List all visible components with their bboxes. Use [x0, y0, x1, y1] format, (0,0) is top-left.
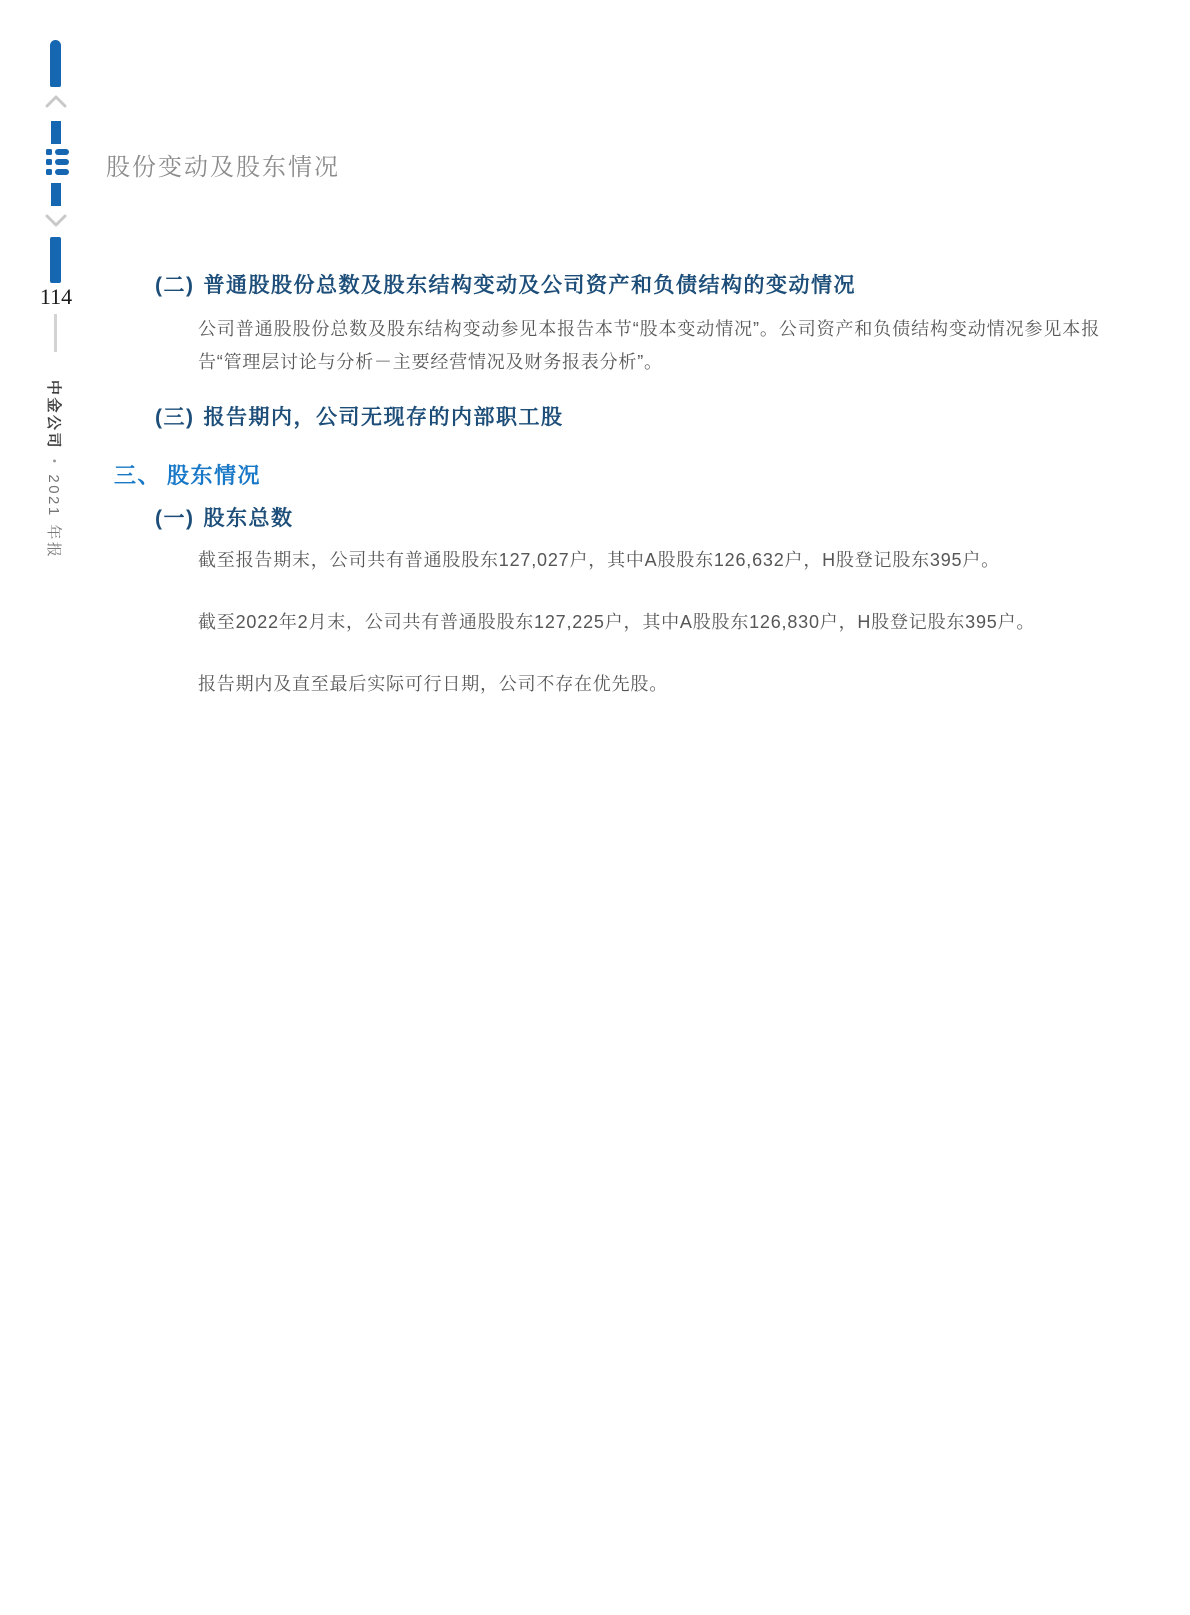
chapter-3-title: 股东情况	[167, 459, 261, 490]
paragraph-no-preferred-shares: 报告期内及直至最后实际可行日期，公司不存在优先股。	[198, 668, 1158, 701]
chapter-3-prefix: 三、	[114, 459, 161, 490]
menu-list-icon	[46, 149, 69, 175]
section-2-prefix: (二)	[155, 269, 195, 299]
chapter-header-title: 股份变动及股东情况	[106, 147, 340, 182]
section-2-title: 普通股股份总数及股东结构变动及公司资产和负债结构的变动情况	[204, 269, 857, 299]
nav-block-icon	[51, 121, 61, 144]
spine-edition: 2021 年报	[44, 474, 65, 559]
subsection-1-prefix: (一)	[155, 502, 195, 532]
section-2-heading: (二) 普通股股份总数及股东结构变动及公司资产和负债结构的变动情况	[155, 269, 856, 299]
annual-report-page: 114 中金公司 • 2021 年报 股份变动及股东情况 (二) 普通股股份总数…	[0, 0, 1190, 1615]
paragraph-shareholders-feb-2022: 截至2022年2月末，公司共有普通股股东127,225户，其中A股股东126,8…	[198, 606, 1158, 639]
spine-company: 中金公司	[44, 380, 65, 450]
page-number: 114	[32, 284, 80, 310]
spine-bullet-icon: •	[49, 459, 61, 465]
subsection-1-heading: (一) 股东总数	[155, 502, 294, 532]
chapter-3-heading: 三、 股东情况	[114, 459, 261, 490]
chevron-down-icon	[45, 212, 67, 228]
current-section-bar-icon	[50, 237, 61, 283]
section-3-title: 报告期内，公司无现存的内部职工股	[204, 401, 564, 431]
nav-block-icon	[51, 183, 61, 206]
section-3-heading: (三) 报告期内，公司无现存的内部职工股	[155, 401, 564, 431]
section-3-prefix: (三)	[155, 401, 195, 431]
bookmark-bar-top-icon	[50, 40, 61, 87]
section-2-body: 公司普通股股份总数及股东结构变动参见本报告本节“股本变动情况”。公司资产和负债结…	[198, 313, 1100, 379]
paragraph-shareholders-report-end: 截至报告期末，公司共有普通股股东127,027户，其中A股股东126,632户，…	[198, 544, 1158, 577]
spine-text: 中金公司 • 2021 年报	[44, 380, 65, 559]
spine-divider	[54, 314, 57, 352]
subsection-1-title: 股东总数	[204, 502, 294, 532]
chevron-up-icon	[45, 94, 67, 110]
